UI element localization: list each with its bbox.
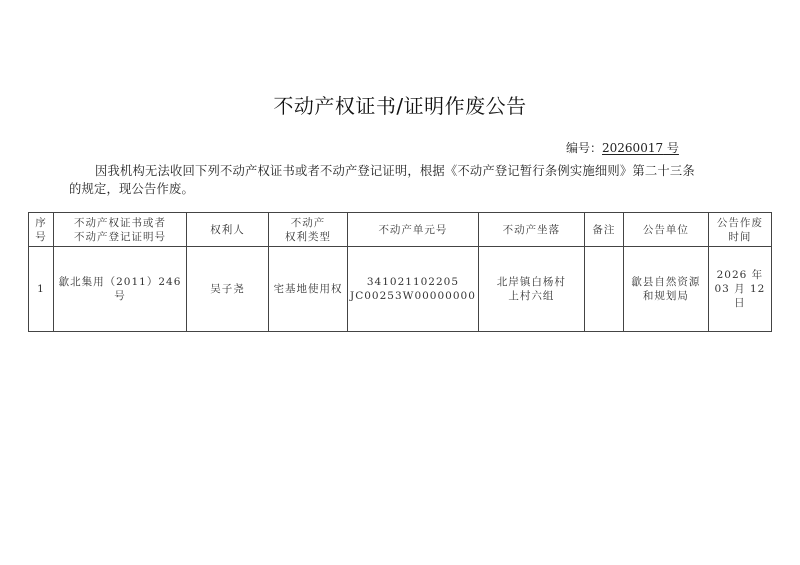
notice-body-line2: 的规定，现公告作废。 (69, 180, 745, 198)
document-number-suffix: 号 (663, 141, 679, 155)
notice-body-line1: 因我机构无法收回下列不动产权证书或者不动产登记证明，根据《不动产登记暂行条例实施… (95, 164, 695, 178)
header-issuer: 公告单位 (623, 213, 708, 247)
header-location: 不动产坐落 (478, 213, 584, 247)
header-index: 序号 (29, 213, 54, 247)
table-row: 1 歙北集用（2011）246 号 吴子尧 宅基地使用权 34102110220… (29, 247, 772, 332)
cell-void-date: 2026 年03 月 12 日 (708, 247, 771, 332)
document-number-label: 编号： (566, 141, 602, 155)
cell-right-type: 宅基地使用权 (269, 247, 348, 332)
cell-remark (584, 247, 623, 332)
cell-index: 1 (29, 247, 54, 332)
document-number-value: 20260017 (602, 141, 663, 155)
page-title: 不动产权证书/证明作废公告 (0, 90, 800, 119)
cell-certificate-no: 歙北集用（2011）246 号 (54, 247, 187, 332)
notice-body: 因我机构无法收回下列不动产权证书或者不动产登记证明，根据《不动产登记暂行条例实施… (69, 162, 745, 198)
cell-holder: 吴子尧 (187, 247, 269, 332)
table-header-row: 序号 不动产权证书或者不动产登记证明号 权利人 不动产权利类型 不动产单元号 不… (29, 213, 772, 247)
header-void-date: 公告作废时间 (708, 213, 771, 247)
header-holder: 权利人 (187, 213, 269, 247)
cell-issuer: 歙县自然资源和规划局 (623, 247, 708, 332)
document-number: 编号：20260017 号 (566, 139, 679, 156)
header-remark: 备注 (584, 213, 623, 247)
void-certificate-table: 序号 不动产权证书或者不动产登记证明号 权利人 不动产权利类型 不动产单元号 不… (28, 212, 772, 332)
cell-unit-no: 341021102205JC00253W00000000 (348, 247, 479, 332)
header-right-type: 不动产权利类型 (269, 213, 348, 247)
document-page: 不动产权证书/证明作废公告 编号：20260017 号 因我机构无法收回下列不动… (0, 0, 800, 565)
header-unit-no: 不动产单元号 (348, 213, 479, 247)
cell-location: 北岸镇白杨村上村六组 (478, 247, 584, 332)
header-certificate-no: 不动产权证书或者不动产登记证明号 (54, 213, 187, 247)
